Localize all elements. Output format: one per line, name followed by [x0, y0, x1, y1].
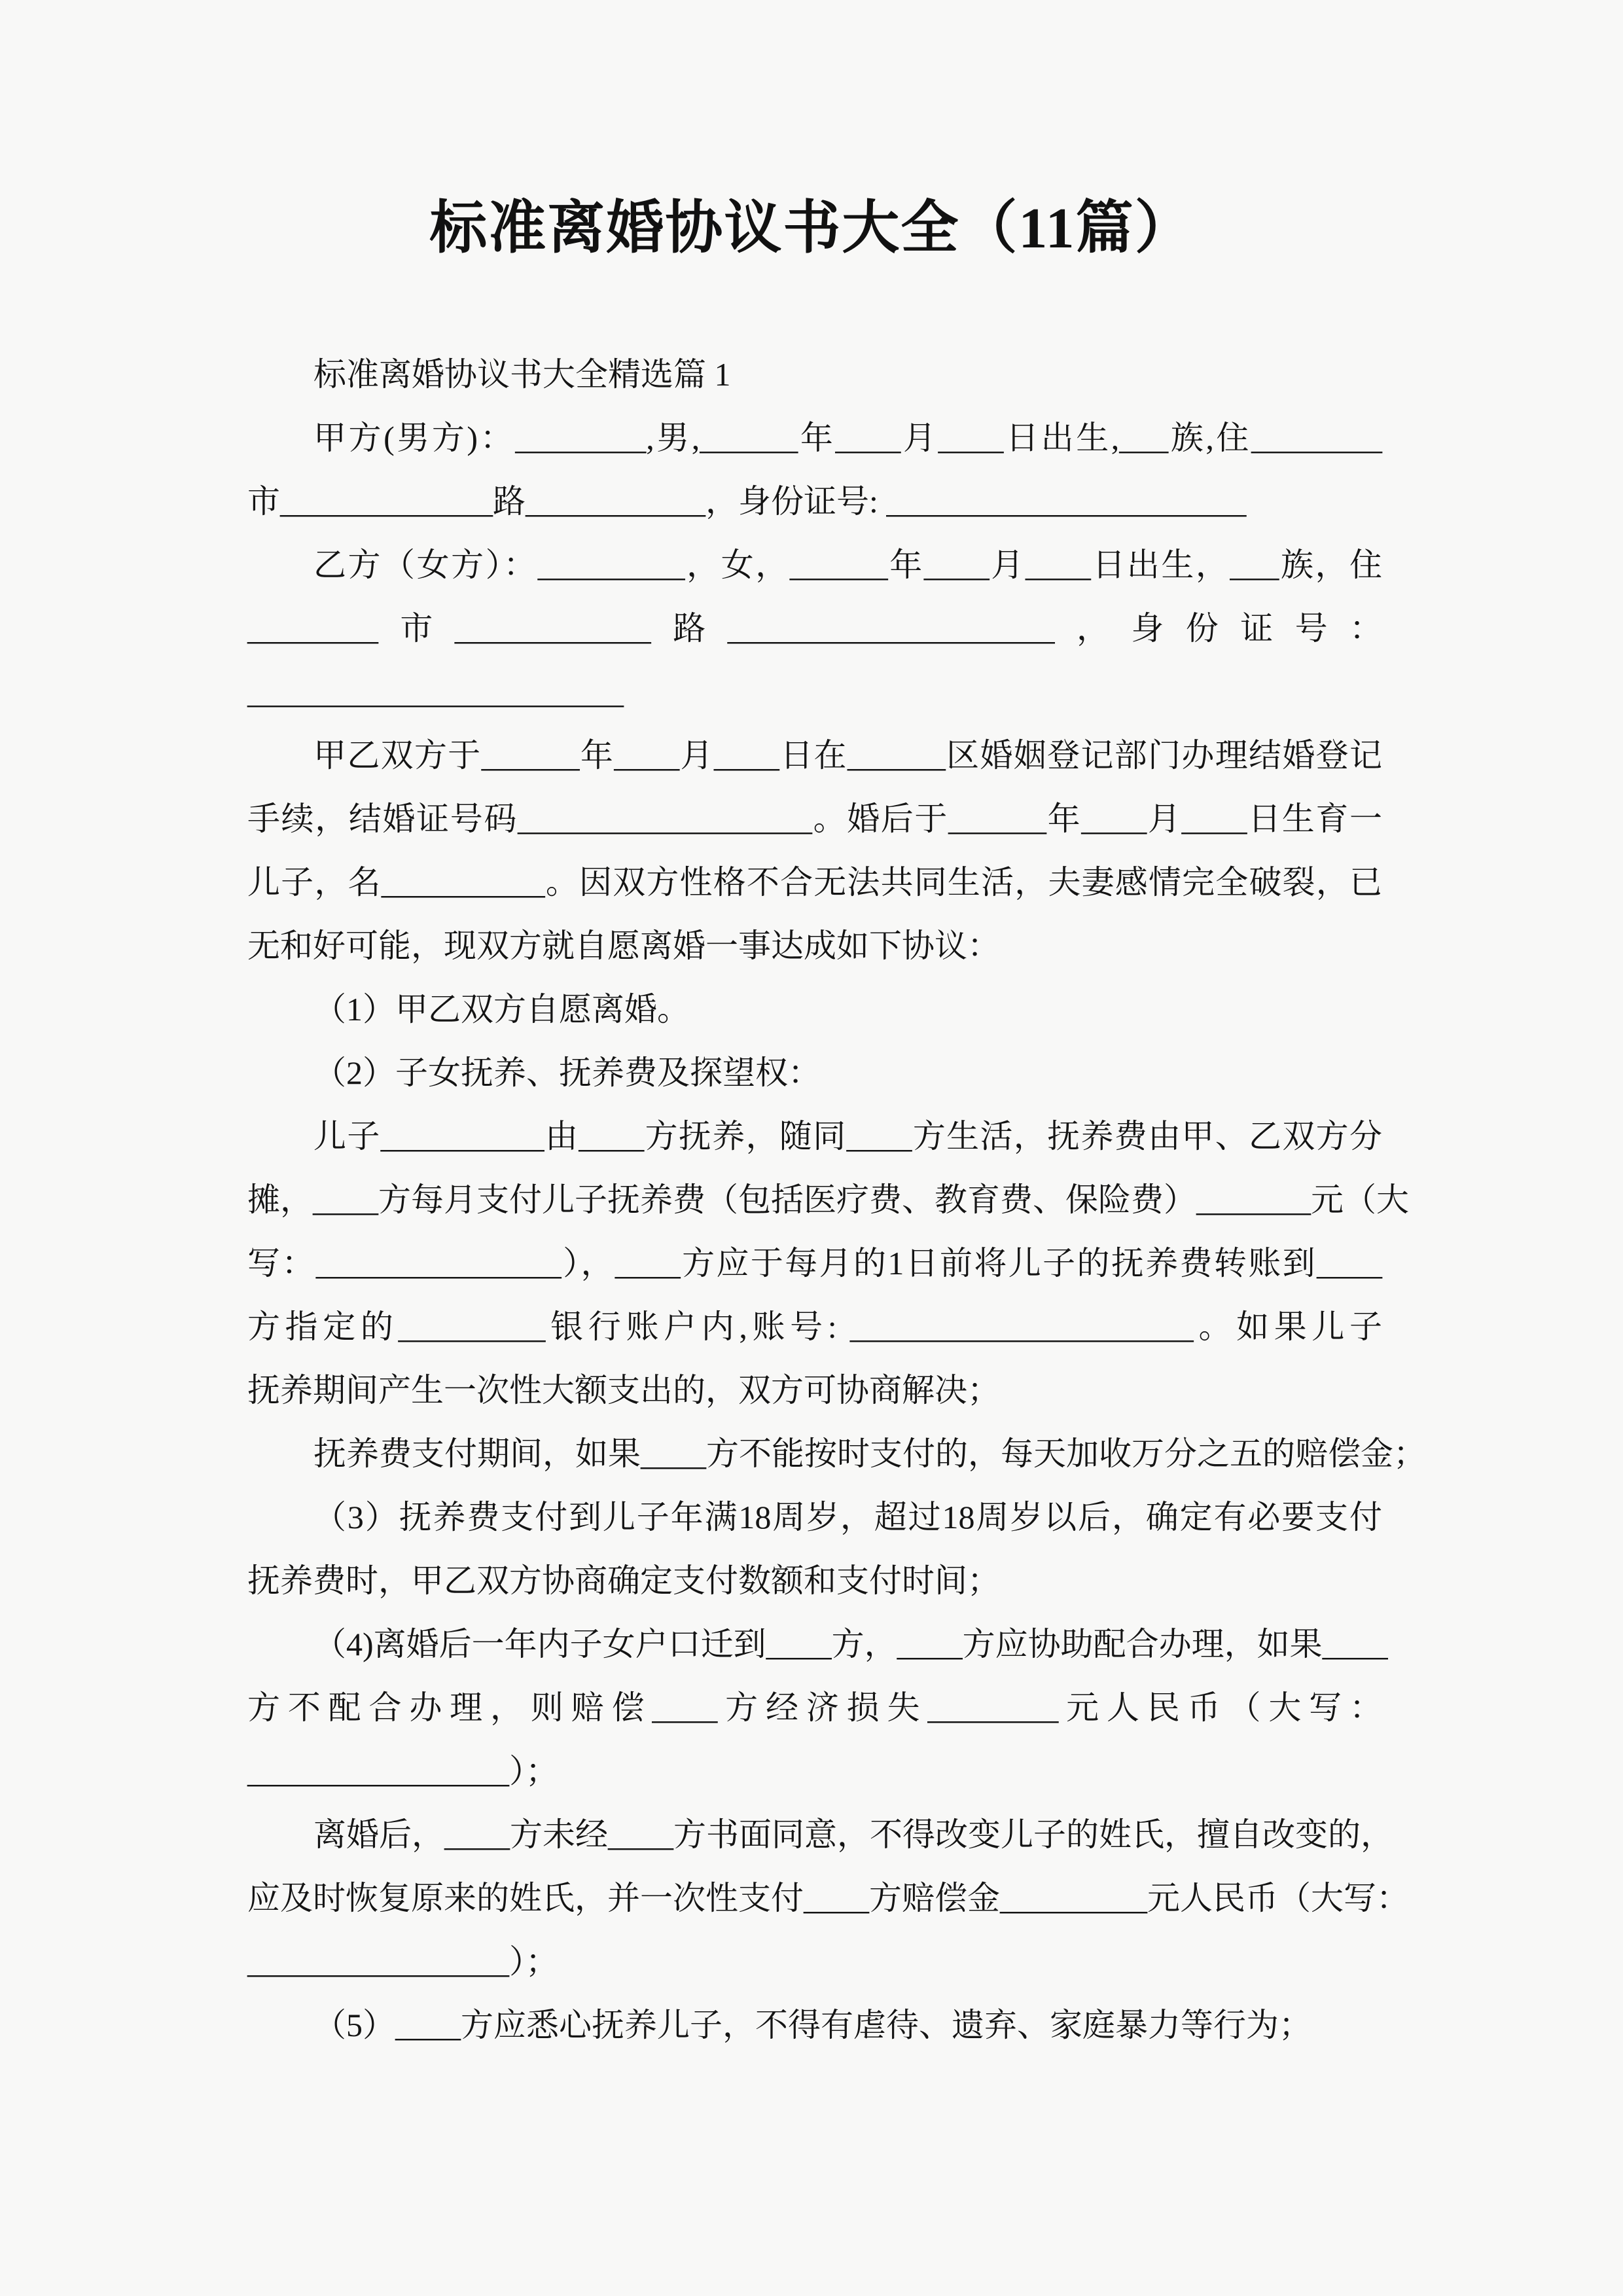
document-line: 市_____________路___________，身份证号: _______…: [247, 470, 1382, 533]
document-line: 应及时恢复原来的姓氏，并一次性支付____方赔偿金_________元人民币（大…: [247, 1867, 1382, 1930]
document-line: 写：_______________），____方应于每月的1日前将儿子的抚养费转…: [247, 1232, 1382, 1295]
document-line: 甲乙双方于______年____月____日在______区婚姻登记部门办理结婚…: [247, 724, 1382, 787]
document-line: 手续，结婚证号码__________________。婚后于______年___…: [247, 787, 1382, 851]
document-line: 儿子__________由____方抚养，随同____方生活，抚养费由甲、乙双方…: [247, 1105, 1382, 1168]
document-line: 标准离婚协议书大全精选篇 1: [247, 343, 1382, 406]
document-line: （3）抚养费支付到儿子年满18周岁，超过18周岁以后，确定有必要支付: [247, 1486, 1382, 1549]
document-line: 儿子，名__________。因双方性格不合无法共同生活，夫妻感情完全破裂，已: [247, 851, 1382, 914]
document-page: 标准离婚协议书大全（11篇） 标准离婚协议书大全精选篇 1甲方(男方)：____…: [0, 0, 1623, 2296]
document-line: ________________）；: [247, 1740, 1382, 1803]
document-line: 方不配合办理，则赔偿____方经济损失________元人民币（大写：: [247, 1676, 1382, 1740]
document-line: 摊，____方每月支付儿子抚养费（包括医疗费、教育费、保险费）_______元（…: [247, 1168, 1382, 1232]
document-line: 抚养费支付期间，如果____方不能按时支付的，每天加收万分之五的赔偿金；: [247, 1422, 1382, 1486]
document-line: （4)离婚后一年内子女户口迁到____方，____方应协助配合办理，如果____: [247, 1613, 1382, 1676]
document-line: 抚养期间产生一次性大额支出的，双方可协商解决；: [247, 1359, 1382, 1422]
document-body: 标准离婚协议书大全精选篇 1甲方(男方)：________,男,______年_…: [247, 343, 1382, 2057]
document-line: ________市____________路__________________…: [247, 597, 1382, 660]
document-line: 乙方（女方）：_________，女，______年____月____日出生，_…: [247, 533, 1382, 597]
document-line: （2）子女抚养、抚养费及探望权：: [247, 1041, 1382, 1105]
document-line: _______________________: [247, 660, 1382, 724]
document-line: （5）____方应悉心抚养儿子，不得有虐待、遗弃、家庭暴力等行为；: [247, 1994, 1382, 2057]
document-line: 抚养费时，甲乙双方协商确定支付数额和支付时间；: [247, 1549, 1382, 1613]
document-line: 甲方(男方)：________,男,______年____月____日出生,__…: [247, 406, 1382, 470]
document-line: （1）甲乙双方自愿离婚。: [247, 978, 1382, 1041]
document-line: 离婚后，____方未经____方书面同意，不得改变儿子的姓氏，擅自改变的，: [247, 1803, 1382, 1867]
document-line: 无和好可能，现双方就自愿离婚一事达成如下协议：: [247, 914, 1382, 978]
document-line: ________________）；: [247, 1930, 1382, 1994]
document-line: 方指定的_________银行账户内,账号: _________________…: [247, 1295, 1382, 1359]
document-title: 标准离婚协议书大全（11篇）: [0, 0, 1623, 263]
